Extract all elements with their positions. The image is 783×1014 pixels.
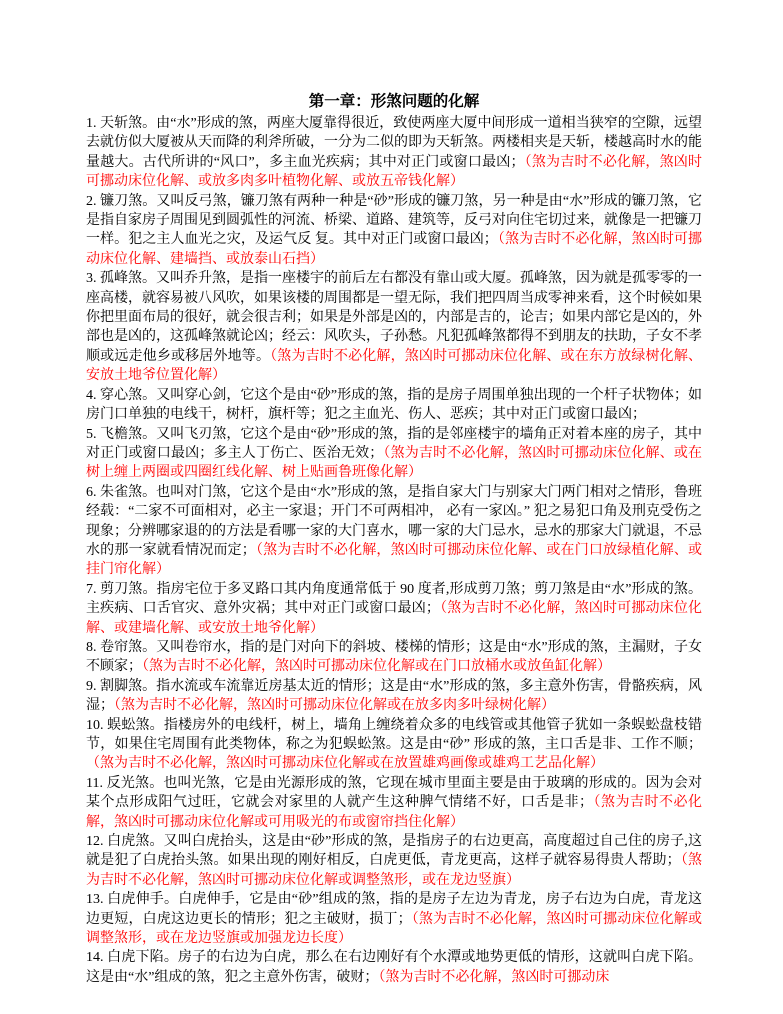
document-page: 第一章：形煞问题的化解 1. 天斩煞。由“水”形成的煞，两座大厦靠得很近，致使两… [0,0,783,1014]
item-remedy: （煞为吉时不必化解，煞凶时可挪动床位化解或在门口放桶水或放鱼缸化解） [142,659,611,674]
item-remedy: （煞为吉时不必化解，煞凶时可挪动床位化解或在放置雄鸡画像或雄鸡工艺品化解） [86,756,604,771]
item-text: 4. 穿心煞。又叫穿心剑，它这个是由“砂”形成的煞，指的是房子周围单独出现的一个… [86,388,702,422]
list-item: 6. 朱雀煞。也叫对门煞，它这个是由“水”形成的煞，是指自家大门与别家大门两门相… [86,483,702,580]
list-item: 1. 天斩煞。由“水”形成的煞，两座大厦靠得很近，致使两座大厦中间形成一道相当狭… [86,114,702,192]
list-item: 10. 蜈蚣煞。指楼房外的电线杆，树上，墙角上缠绕着众多的电线管或其他管子犹如一… [86,716,702,774]
list-item: 4. 穿心煞。又叫穿心剑，它这个是由“砂”形成的煞，指的是房子周围单独出现的一个… [86,386,702,425]
list-item: 9. 割脚煞。指水流或车流靠近房基太近的情形；这是由“水”形成的煞，多主意外伤害… [86,677,702,716]
item-text: 10. 蜈蚣煞。指楼房外的电线杆，树上，墙角上缠绕着众多的电线管或其他管子犹如一… [86,718,702,752]
list-item: 11. 反光煞。也叫光煞，它是由光源形成的煞，它现在城市里面主要是由于玻璃的形成… [86,774,702,832]
item-remedy: （煞为吉时不必化解，煞凶时可挪动床 [378,970,609,985]
list-item: 14. 白虎下陷。房子的右边为白虎，那么在右边刚好有个水潭或地势更低的情形，这就… [86,948,702,987]
item-text: 12. 白虎煞。又叫白虎抬头，这是由“砂”形成的煞，是指房子的右边更高，高度超过… [86,834,702,868]
list-item: 7. 剪刀煞。指房宅位于多叉路口其内角度通常低于 90 度者,形成剪刀煞；剪刀煞… [86,580,702,638]
list-item: 12. 白虎煞。又叫白虎抬头，这是由“砂”形成的煞，是指房子的右边更高，高度超过… [86,832,702,890]
document-body: 第一章：形煞问题的化解 1. 天斩煞。由“水”形成的煞，两座大厦靠得很近，致使两… [86,92,702,987]
list-item: 2. 镰刀煞。又叫反弓煞，镰刀煞有两种一种是“砂”形成的镰刀煞，另一种是由“水”… [86,192,702,270]
list-item: 3. 孤峰煞。又叫乔升煞，是指一座楼宇的前后左右都没有靠山或大厦。孤峰煞，因为就… [86,269,702,385]
item-remedy: （煞为吉时不必化解，煞凶时可挪动床位化解或在放多肉多叶绿树化解） [114,698,555,713]
list-item: 13. 白虎伸手。白虎伸手，它是由“砂”组成的煞，指的是房子左边为青龙，房子右边… [86,890,702,948]
items-list: 1. 天斩煞。由“水”形成的煞，两座大厦靠得很近，致使两座大厦中间形成一道相当狭… [86,114,702,987]
page-title: 第一章：形煞问题的化解 [86,92,702,112]
list-item: 8. 卷帘煞。又叫卷帘水，指的是门对向下的斜坡、楼梯的情形；这是由“水”形成的煞… [86,638,702,677]
list-item: 5. 飞檐煞。又叫飞刃煞，它这个是由“砂”形成的煞，指的是邻座楼宇的墙角正对着本… [86,425,702,483]
